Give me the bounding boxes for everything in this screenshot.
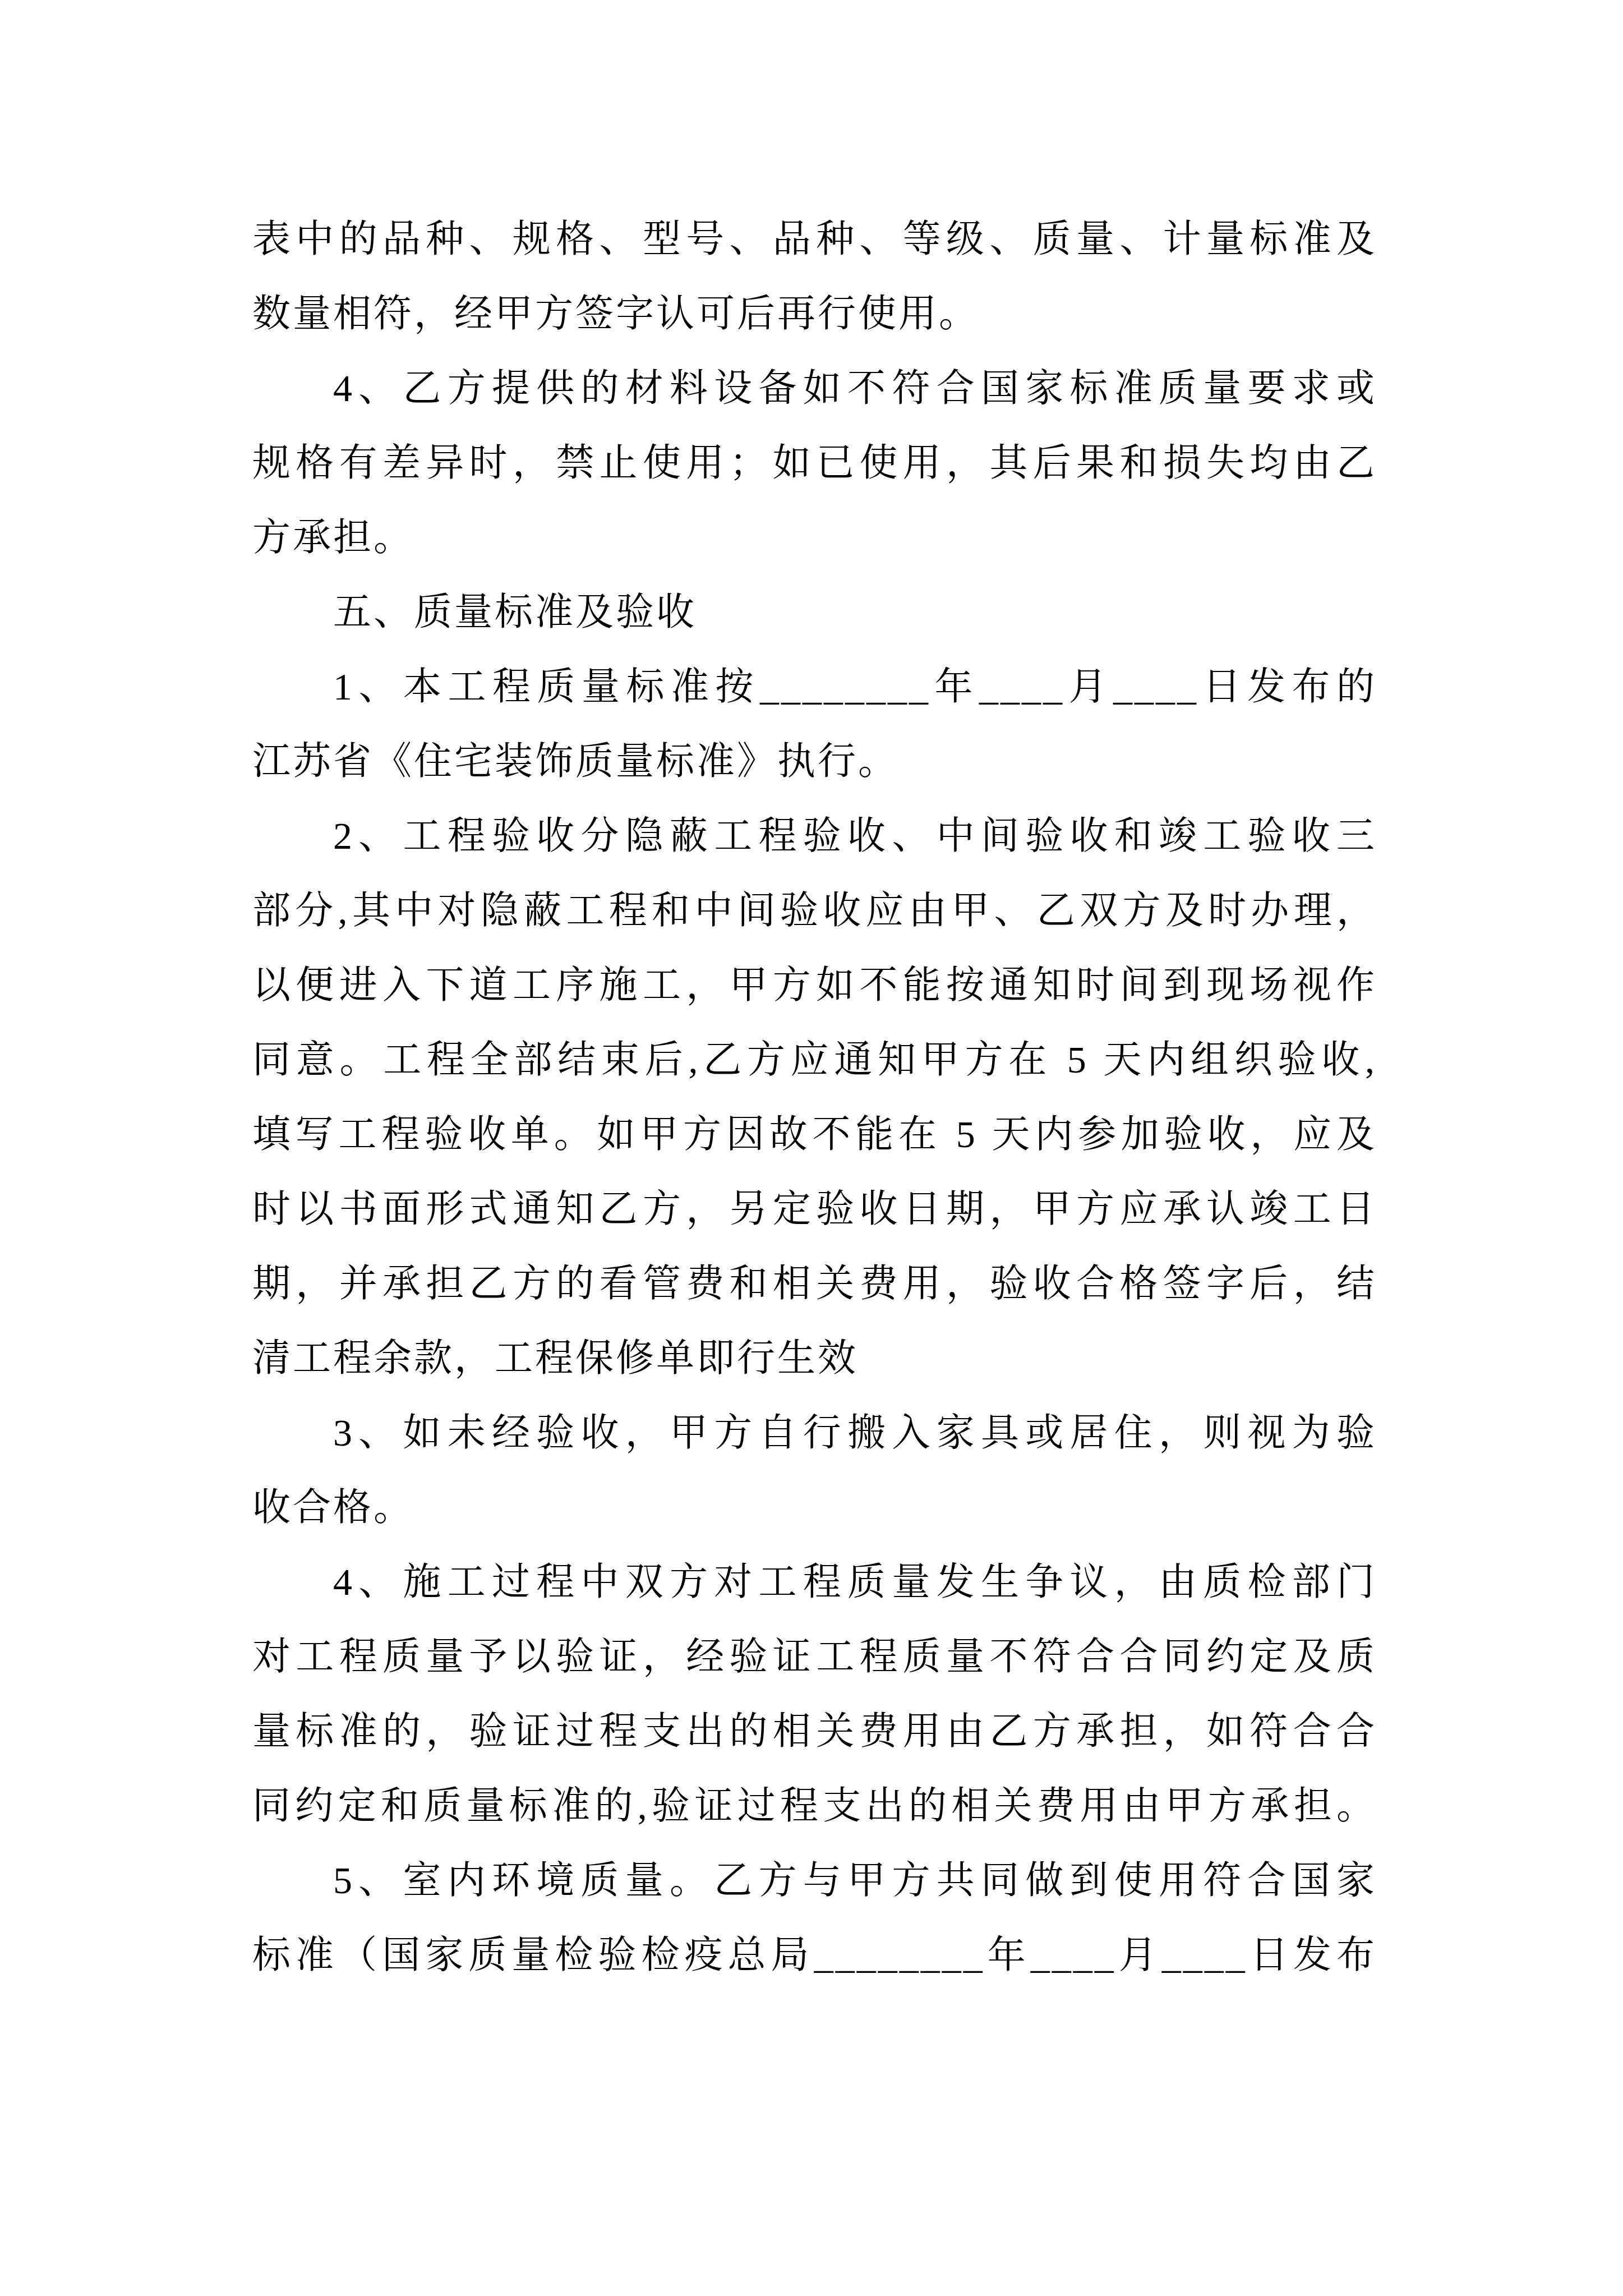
contract-text-block: 表中的品种、规格、型号、品种、等级、质量、计量标准及 数量相符，经甲方签字认可后… [252, 202, 1377, 1993]
text-line: 标准（国家质量检验检疫总局________年____月____日发布 [252, 1918, 1377, 1993]
text-line: 数量相符，经甲方签字认可后再行使用。 [252, 277, 1377, 351]
text-line: 3、如未经验收，甲方自行搬入家具或居住，则视为验 [252, 1396, 1377, 1470]
document-page: 表中的品种、规格、型号、品种、等级、质量、计量标准及 数量相符，经甲方签字认可后… [0, 0, 1623, 2296]
text-line: 规格有差异时，禁止使用；如已使用，其后果和损失均由乙 [252, 426, 1377, 500]
text-line: 填写工程验收单。如甲方因故不能在 5 天内参加验收，应及 [252, 1097, 1377, 1172]
text-line: 以便进入下道工序施工，甲方如不能按通知时间到现场视作 [252, 948, 1377, 1023]
text-line: 江苏省《住宅装饰质量标准》执行。 [252, 724, 1377, 799]
text-line: 量标准的，验证过程支出的相关费用由乙方承担，如符合合 [252, 1694, 1377, 1769]
text-line: 收合格。 [252, 1470, 1377, 1545]
text-line: 2、工程验收分隐蔽工程验收、中间验收和竣工验收三 [252, 799, 1377, 873]
text-line: 清工程余款，工程保修单即行生效 [252, 1321, 1377, 1396]
text-line: 对工程质量予以验证，经验证工程质量不符合合同约定及质 [252, 1619, 1377, 1694]
text-line: 4、施工过程中双方对工程质量发生争议，由质检部门 [252, 1545, 1377, 1619]
text-line: 方承担。 [252, 500, 1377, 575]
text-line: 时以书面形式通知乙方，另定验收日期，甲方应承认竣工日 [252, 1172, 1377, 1246]
text-line: 5、室内环境质量。乙方与甲方共同做到使用符合国家 [252, 1843, 1377, 1918]
text-line: 表中的品种、规格、型号、品种、等级、质量、计量标准及 [252, 202, 1377, 277]
text-line: 同约定和质量标准的,验证过程支出的相关费用由甲方承担。 [252, 1769, 1377, 1843]
text-line: 期，并承担乙方的看管费和相关费用，验收合格签字后，结 [252, 1246, 1377, 1321]
text-line: 部分,其中对隐蔽工程和中间验收应由甲、乙双方及时办理， [252, 873, 1377, 948]
text-line: 4、乙方提供的材料设备如不符合国家标准质量要求或 [252, 351, 1377, 426]
text-line: 同意。工程全部结束后,乙方应通知甲方在 5 天内组织验收, [252, 1023, 1377, 1097]
text-line: 1、本工程质量标准按________年____月____日发布的 [252, 650, 1377, 724]
section-heading-line: 五、质量标准及验收 [252, 575, 1377, 650]
